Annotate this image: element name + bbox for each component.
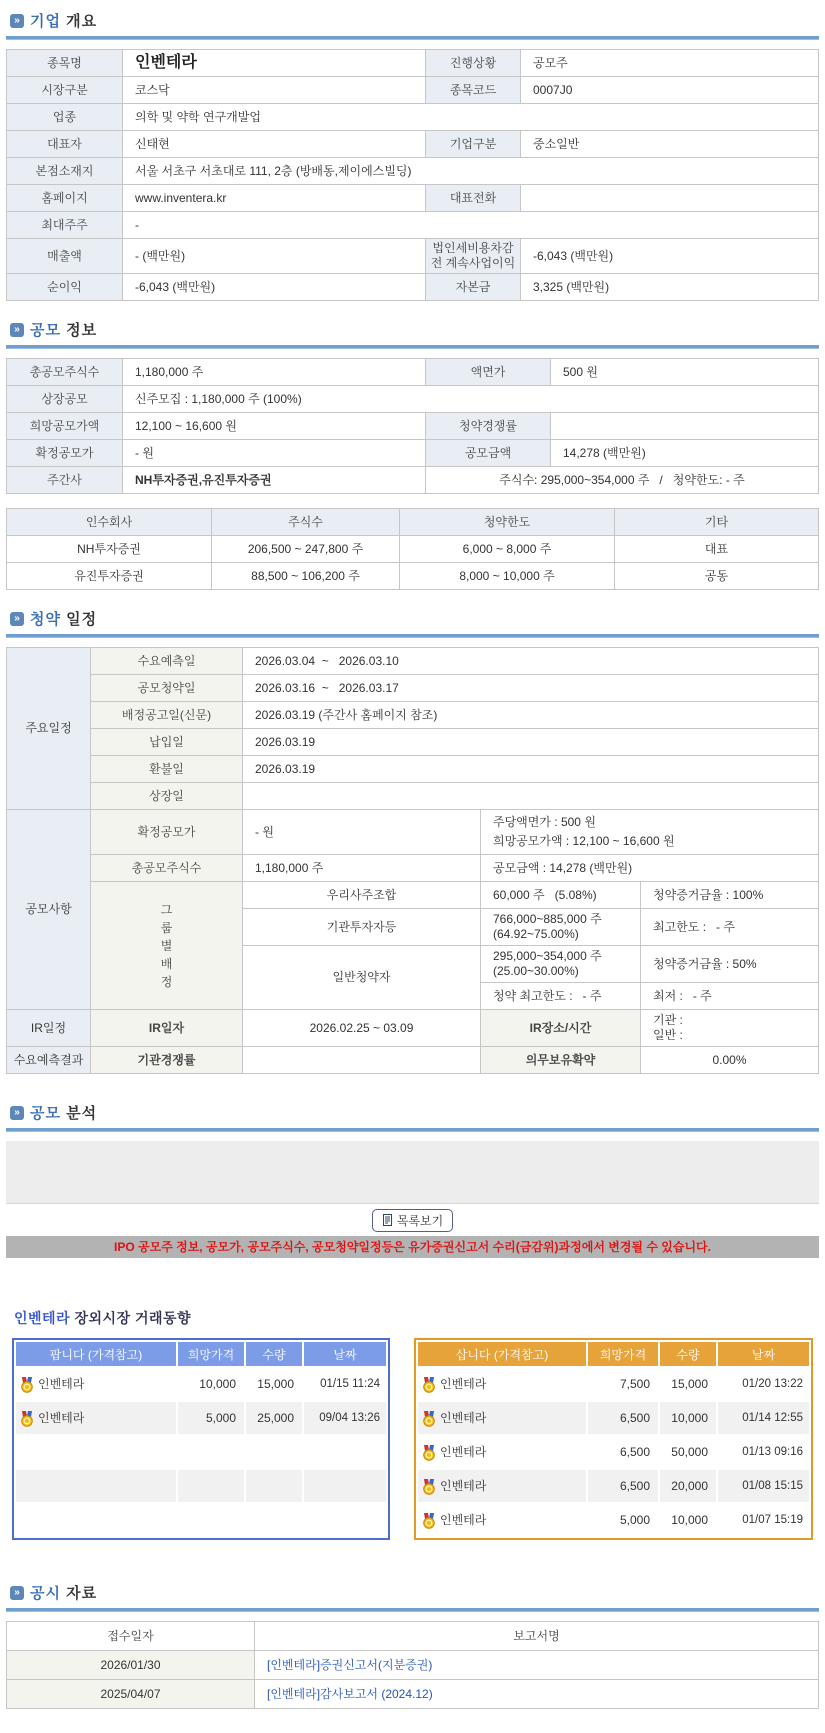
field-label: 기업구분 xyxy=(426,131,521,158)
table-row: 상장공모 신주모집 : 1,180,000 주 (100%) xyxy=(7,386,819,413)
price-cell: 6,500 xyxy=(588,1436,658,1468)
field-label: 시장구분 xyxy=(7,77,123,104)
table-row: 주요일정 수요예측일 2026.03.04 ~ 2026.03.10 xyxy=(7,648,819,675)
medal-icon xyxy=(422,1377,436,1393)
allocation-amount: 60,000 주 (5.08%) xyxy=(481,882,641,909)
stock-name: 인벤테라 xyxy=(440,1411,486,1425)
table-row: NH투자증권 206,500 ~ 247,800 주 6,000 ~ 8,000… xyxy=(7,536,819,563)
section-divider xyxy=(6,36,819,40)
column-header: 수량 xyxy=(246,1342,302,1366)
section-divider xyxy=(6,634,819,638)
spacer xyxy=(6,1540,819,1578)
amount-line2: (64.92~75.00%) xyxy=(493,927,634,942)
price-cell: 7,500 xyxy=(588,1368,658,1400)
underwriter-table: 인수회사 주식수 청약한도 기타 NH투자증권 206,500 ~ 247,80… xyxy=(6,508,819,590)
buy-orders-table: 삽니다 (가격참고) 희망가격 수량 날짜 인벤테라 7,500 15,000 … xyxy=(414,1338,813,1540)
ir-place-line2: 일반 : xyxy=(653,1028,812,1043)
stock-name: 인벤테라 xyxy=(440,1479,486,1493)
stock-name-cell: 인벤테라 xyxy=(16,1368,176,1400)
field-label: 희망공모가액 xyxy=(7,413,123,440)
allocation-category: 우리사주조합 xyxy=(243,882,481,909)
table-row: 2025/04/07 [인벤테라]감사보고서 (2024.12) xyxy=(7,1680,819,1709)
field-value: 서울 서초구 서초대로 111, 2층 (방배동,제이에스빌딩) xyxy=(123,158,819,185)
report-link[interactable]: [인벤테라]증권신고서(지분증권) xyxy=(255,1651,819,1680)
section-bullet-icon: » xyxy=(10,1586,24,1600)
date-cell: 01/20 13:22 xyxy=(718,1368,809,1400)
field-value: 2026.03.19 xyxy=(243,729,819,756)
ipo-change-notice: IPO 공모주 정보, 공모가, 공모주식수, 공모청약일정등은 유가증권신고서… xyxy=(6,1236,819,1258)
underwriter-name: 유진투자증권 xyxy=(7,563,212,590)
sell-order-row[interactable]: 인벤테라 10,000 15,000 01/15 11:24 xyxy=(16,1368,386,1400)
empty-cell xyxy=(304,1504,386,1536)
buy-order-row[interactable]: 인벤테라 6,500 10,000 01/14 12:55 xyxy=(418,1402,809,1434)
table-header-row: 삽니다 (가격참고) 희망가격 수량 날짜 xyxy=(418,1342,809,1366)
section-divider xyxy=(6,345,819,349)
quantity-cell: 15,000 xyxy=(660,1368,716,1400)
field-label: 종목명 xyxy=(7,50,123,77)
quantity-cell: 10,000 xyxy=(660,1402,716,1434)
field-value: - xyxy=(123,212,819,239)
table-row: 그룹별배정 우리사주조합 60,000 주 (5.08%) 청약증거금율 : 1… xyxy=(7,882,819,909)
section-divider xyxy=(6,1128,819,1132)
field-value: - 원 xyxy=(243,810,481,855)
field-label: 공모금액 xyxy=(426,440,551,467)
table-row: 본점소재지 서울 서초구 서초대로 111, 2층 (방배동,제이에스빌딩) xyxy=(7,158,819,185)
field-value: 2026.03.16 ~ 2026.03.17 xyxy=(243,675,819,702)
field-value: 신주모집 : 1,180,000 주 (100%) xyxy=(123,386,819,413)
column-header: 수량 xyxy=(660,1342,716,1366)
field-value: 1,180,000 주 xyxy=(243,855,481,882)
field-label: 업종 xyxy=(7,104,123,131)
schedule-group-label: 주요일정 xyxy=(7,648,91,810)
field-label: 대표전화 xyxy=(426,185,521,212)
allocation-group-label: 그룹별배정 xyxy=(91,882,243,1010)
ticker-code: 0007J0 xyxy=(521,77,819,104)
field-label: 확정공모가 xyxy=(91,810,243,855)
date-cell: 01/07 15:19 xyxy=(718,1504,809,1536)
empty-cell xyxy=(16,1436,176,1468)
price-cell: 5,000 xyxy=(178,1402,244,1434)
field-value: 2026.03.19 (주간사 홈페이지 참조) xyxy=(243,702,819,729)
buy-order-row[interactable]: 인벤테라 7,500 15,000 01/20 13:22 xyxy=(418,1368,809,1400)
field-value xyxy=(551,413,819,440)
table-row: 대표자 신태현 기업구분 중소일반 xyxy=(7,131,819,158)
table-row: 순이익 -6,043 (백만원) 자본금 3,325 (백만원) xyxy=(7,274,819,301)
allocation-amount: 295,000~354,000 주 (25.00~30.00%) xyxy=(481,946,641,983)
field-value: 코스닥 xyxy=(123,77,426,104)
sell-order-row[interactable]: 인벤테라 5,000 25,000 09/04 13:26 xyxy=(16,1402,386,1434)
report-link[interactable]: [인벤테라]감사보고서 (2024.12) xyxy=(255,1680,819,1709)
page: » 기업 개요 종목명 인벤테라 진행상황 공모주 시장구분 코스닥 종목코드 … xyxy=(0,0,825,1733)
stock-name-cell: 인벤테라 xyxy=(418,1402,586,1434)
ir-place-line1: 기관 : xyxy=(653,1013,812,1028)
quantity-cell: 15,000 xyxy=(246,1368,302,1400)
price-detail-cell: 주당액면가 : 500 원 희망공모가액 : 12,100 ~ 16,600 원 xyxy=(481,810,819,855)
field-label: 자본금 xyxy=(426,274,521,301)
field-label: 총공모주식수 xyxy=(7,359,123,386)
section-bullet-icon: » xyxy=(10,612,24,626)
allocation-amount: 청약 최고한도 : - 주 xyxy=(481,983,641,1010)
cell-value: 6,000 ~ 8,000 주 xyxy=(400,536,615,563)
buy-order-row[interactable]: 인벤테라 6,500 20,000 01/08 15:15 xyxy=(418,1470,809,1502)
offering-info-table: 총공모주식수 1,180,000 주 액면가 500 원 상장공모 신주모집 :… xyxy=(6,358,819,494)
stock-name-cell: 인벤테라 xyxy=(418,1504,586,1536)
section-header-analysis: » 공모 분석 xyxy=(10,1102,819,1123)
column-header: 청약한도 xyxy=(400,509,615,536)
amount-line1: 295,000~354,000 주 xyxy=(493,949,634,964)
stock-name-cell: 인벤테라 xyxy=(418,1470,586,1502)
field-value: 3,325 (백만원) xyxy=(521,274,819,301)
column-header: 희망가격 xyxy=(588,1342,658,1366)
quantity-cell: 50,000 xyxy=(660,1436,716,1468)
lockup-value: 0.00% xyxy=(641,1047,819,1074)
lead-extra: 주식수: 295,000~354,000 주 / 청약한도: - 주 xyxy=(426,467,819,494)
field-value: 공모금액 : 14,278 (백만원) xyxy=(481,855,819,882)
field-label: 공모청약일 xyxy=(91,675,243,702)
field-value: 중소일반 xyxy=(521,131,819,158)
field-label: 납입일 xyxy=(91,729,243,756)
cell-value: 8,000 ~ 10,000 주 xyxy=(400,563,615,590)
field-label: IR장소/시간 xyxy=(481,1010,641,1047)
field-label: 수요예측일 xyxy=(91,648,243,675)
field-label: 기관경쟁률 xyxy=(91,1047,243,1074)
ir-place-cell: 기관 : 일반 : xyxy=(641,1010,819,1047)
stock-name: 인벤테라 xyxy=(440,1377,486,1391)
empty-cell xyxy=(16,1504,176,1536)
field-label: 순이익 xyxy=(7,274,123,301)
column-header: 인수회사 xyxy=(7,509,212,536)
otc-title-company: 인벤테라 xyxy=(14,1310,70,1326)
section-title-em: 공모 xyxy=(30,1105,61,1122)
section-title-rest: 일정 xyxy=(66,611,97,628)
empty-row xyxy=(16,1470,386,1502)
section-bullet-icon: » xyxy=(10,323,24,337)
section-title-rest: 분석 xyxy=(66,1105,97,1122)
field-label: 의무보유확약 xyxy=(481,1047,641,1074)
price-cell: 6,500 xyxy=(588,1470,658,1502)
table-row: 업종 의학 및 약학 연구개발업 xyxy=(7,104,819,131)
field-label: 주간사 xyxy=(7,467,123,494)
cell-value: 88,500 ~ 106,200 주 xyxy=(212,563,400,590)
section-title-em: 기업 xyxy=(30,13,61,30)
table-row: 납입일 2026.03.19 xyxy=(7,729,819,756)
amount-line2: (25.00~30.00%) xyxy=(493,964,634,979)
table-row: 종목명 인벤테라 진행상황 공모주 xyxy=(7,50,819,77)
empty-cell xyxy=(178,1504,244,1536)
field-value: 14,278 (백만원) xyxy=(551,440,819,467)
table-row: 수요예측결과 기관경쟁률 의무보유확약 0.00% xyxy=(7,1047,819,1074)
field-label: 진행상황 xyxy=(426,50,521,77)
section-header-disclosure: » 공시 자료 xyxy=(10,1582,819,1603)
field-value: - (백만원) xyxy=(123,239,426,274)
column-header: 팝니다 (가격참고) xyxy=(16,1342,176,1366)
allocation-extra: 최고한도 : - 주 xyxy=(641,909,819,946)
section-title-offering: 공모 정보 xyxy=(30,319,97,340)
column-header: 기타 xyxy=(615,509,819,536)
vertical-label: 그룹별배정 xyxy=(160,901,174,991)
allocation-extra: 최저 : - 주 xyxy=(641,983,819,1010)
price-cell: 5,000 xyxy=(588,1504,658,1536)
section-title-em: 공시 xyxy=(30,1585,61,1602)
analysis-empty-box xyxy=(6,1141,819,1204)
medal-icon xyxy=(422,1445,436,1461)
field-label: 대표자 xyxy=(7,131,123,158)
field-label: 총공모주식수 xyxy=(91,855,243,882)
field-label: 종목코드 xyxy=(426,77,521,104)
table-header-row: 인수회사 주식수 청약한도 기타 xyxy=(7,509,819,536)
field-label: 확정공모가 xyxy=(7,440,123,467)
empty-row xyxy=(16,1436,386,1468)
section-header-offering: » 공모 정보 xyxy=(10,319,819,340)
filing-date: 2026/01/30 xyxy=(7,1651,255,1680)
table-row: 환불일 2026.03.19 xyxy=(7,756,819,783)
field-label: 최대주주 xyxy=(7,212,123,239)
column-header: 주식수 xyxy=(212,509,400,536)
table-row: IR일정 IR일자 2026.02.25 ~ 03.09 IR장소/시간 기관 … xyxy=(7,1010,819,1047)
allocation-extra: 청약증거금율 : 100% xyxy=(641,882,819,909)
field-value: 의학 및 약학 연구개발업 xyxy=(123,104,819,131)
list-view-button[interactable]: 목록보기 xyxy=(372,1209,453,1232)
date-cell: 01/08 15:15 xyxy=(718,1470,809,1502)
field-value xyxy=(243,1047,481,1074)
table-row: 상장일 xyxy=(7,783,819,810)
filing-date: 2025/04/07 xyxy=(7,1680,255,1709)
empty-cell xyxy=(304,1436,386,1468)
schedule-group-label: 수요예측결과 xyxy=(7,1047,91,1074)
table-row: 공모청약일 2026.03.16 ~ 2026.03.17 xyxy=(7,675,819,702)
medal-icon xyxy=(422,1479,436,1495)
schedule-group-label: 공모사항 xyxy=(7,810,91,1010)
allocation-category: 기관투자자등 xyxy=(243,909,481,946)
field-value: -6,043 (백만원) xyxy=(123,274,426,301)
field-label: 매출액 xyxy=(7,239,123,274)
stock-name: 인벤테라 xyxy=(38,1411,84,1425)
section-header-schedule: » 청약 일정 xyxy=(10,608,819,629)
field-label: 청약경쟁률 xyxy=(426,413,551,440)
table-header-row: 팝니다 (가격참고) 희망가격 수량 날짜 xyxy=(16,1342,386,1366)
allocation-extra: 청약증거금율 : 50% xyxy=(641,946,819,983)
section-title-rest: 정보 xyxy=(66,322,97,339)
field-label: 배정공고일(신문) xyxy=(91,702,243,729)
quantity-cell: 25,000 xyxy=(246,1402,302,1434)
section-title-rest: 개요 xyxy=(66,13,97,30)
field-value: 신태현 xyxy=(123,131,426,158)
table-row: 배정공고일(신문) 2026.03.19 (주간사 홈페이지 참조) xyxy=(7,702,819,729)
schedule-group-label: IR일정 xyxy=(7,1010,91,1047)
date-cell: 01/13 09:16 xyxy=(718,1436,809,1468)
section-title-disclosure: 공시 자료 xyxy=(30,1582,97,1603)
hope-price-line: 희망공모가액 : 12,100 ~ 16,600 원 xyxy=(493,832,812,851)
table-row: 희망공모가액 12,100 ~ 16,600 원 청약경쟁률 xyxy=(7,413,819,440)
table-row: 2026/01/30 [인벤테라]증권신고서(지분증권) xyxy=(7,1651,819,1680)
company-website: www.inventera.kr xyxy=(123,185,426,212)
schedule-table: 주요일정 수요예측일 2026.03.04 ~ 2026.03.10 공모청약일… xyxy=(6,647,819,1074)
medal-icon xyxy=(20,1411,34,1427)
allocation-amount: 766,000~885,000 주 (64.92~75.00%) xyxy=(481,909,641,946)
empty-cell xyxy=(304,1470,386,1502)
field-value: 12,100 ~ 16,600 원 xyxy=(123,413,426,440)
field-value: 1,180,000 주 xyxy=(123,359,426,386)
disclosure-table: 접수일자 보고서명 2026/01/30 [인벤테라]증권신고서(지분증권) 2… xyxy=(6,1621,819,1709)
table-row: 홈페이지 www.inventera.kr 대표전화 xyxy=(7,185,819,212)
field-value: 공모주 xyxy=(521,50,819,77)
company-info-table: 종목명 인벤테라 진행상황 공모주 시장구분 코스닥 종목코드 0007J0 업… xyxy=(6,49,819,301)
otc-title-rest: 장외시장 거래동향 xyxy=(75,1310,192,1326)
lead-underwriters: NH투자증권,유진투자증권 xyxy=(123,467,426,494)
field-label: 본점소재지 xyxy=(7,158,123,185)
field-label: 상장공모 xyxy=(7,386,123,413)
section-title-company: 기업 개요 xyxy=(30,10,97,31)
buy-order-row[interactable]: 인벤테라 6,500 50,000 01/13 09:16 xyxy=(418,1436,809,1468)
section-bullet-icon: » xyxy=(10,14,24,28)
underwriter-name: NH투자증권 xyxy=(7,536,212,563)
field-label: 액면가 xyxy=(426,359,551,386)
column-header: 삽니다 (가격참고) xyxy=(418,1342,586,1366)
allocation-category: 일반청약자 xyxy=(243,946,481,1010)
cell-value: 공동 xyxy=(615,563,819,590)
otc-section-title: 인벤테라 장외시장 거래동향 xyxy=(14,1308,819,1328)
section-bullet-icon: » xyxy=(10,1106,24,1120)
price-cell: 6,500 xyxy=(588,1402,658,1434)
column-header: 보고서명 xyxy=(255,1622,819,1651)
medal-icon xyxy=(422,1411,436,1427)
price-cell: 10,000 xyxy=(178,1368,244,1400)
empty-cell xyxy=(246,1436,302,1468)
stock-name-cell: 인벤테라 xyxy=(16,1402,176,1434)
date-cell: 01/15 11:24 xyxy=(304,1368,386,1400)
column-header: 접수일자 xyxy=(7,1622,255,1651)
field-value xyxy=(243,783,819,810)
table-row: 확정공모가 - 원 공모금액 14,278 (백만원) xyxy=(7,440,819,467)
field-label: 법인세비용차감전 계속사업이익 xyxy=(426,239,521,274)
ir-date: 2026.02.25 ~ 03.09 xyxy=(243,1010,481,1047)
stock-name: 인벤테라 xyxy=(38,1377,84,1391)
button-row: 목록보기 xyxy=(6,1204,819,1236)
stock-name: 인벤테라 xyxy=(440,1445,486,1459)
section-title-em: 공모 xyxy=(30,322,61,339)
empty-cell xyxy=(178,1436,244,1468)
field-value: 500 원 xyxy=(551,359,819,386)
section-title-rest: 자료 xyxy=(66,1585,97,1602)
field-value: 2026.03.04 ~ 2026.03.10 xyxy=(243,648,819,675)
table-row: 유진투자증권 88,500 ~ 106,200 주 8,000 ~ 10,000… xyxy=(7,563,819,590)
table-row: 총공모주식수 1,180,000 주 공모금액 : 14,278 (백만원) xyxy=(7,855,819,882)
table-header-row: 접수일자 보고서명 xyxy=(7,1622,819,1651)
stock-name-cell: 인벤테라 xyxy=(418,1436,586,1468)
stock-name-cell: 인벤테라 xyxy=(418,1368,586,1400)
table-row: 최대주주 - xyxy=(7,212,819,239)
par-value-line: 주당액면가 : 500 원 xyxy=(493,813,812,832)
cell-value: 206,500 ~ 247,800 주 xyxy=(212,536,400,563)
field-label: IR일자 xyxy=(91,1010,243,1047)
section-header-company: » 기업 개요 xyxy=(10,10,819,31)
empty-cell xyxy=(178,1470,244,1502)
field-value: 2026.03.19 xyxy=(243,756,819,783)
empty-row xyxy=(16,1504,386,1536)
field-label: 홈페이지 xyxy=(7,185,123,212)
stock-name: 인벤테라 xyxy=(440,1513,486,1527)
field-label: 환불일 xyxy=(91,756,243,783)
field-value xyxy=(521,185,819,212)
field-label: 상장일 xyxy=(91,783,243,810)
table-row: 매출액 - (백만원) 법인세비용차감전 계속사업이익 -6,043 (백만원) xyxy=(7,239,819,274)
table-row: 주간사 NH투자증권,유진투자증권 주식수: 295,000~354,000 주… xyxy=(7,467,819,494)
field-value: - 원 xyxy=(123,440,426,467)
company-name: 인벤테라 xyxy=(123,50,426,77)
table-row: 시장구분 코스닥 종목코드 0007J0 xyxy=(7,77,819,104)
date-cell: 09/04 13:26 xyxy=(304,1402,386,1434)
medal-icon xyxy=(20,1377,34,1393)
list-view-button-label: 목록보기 xyxy=(397,1212,443,1229)
quantity-cell: 20,000 xyxy=(660,1470,716,1502)
empty-cell xyxy=(246,1504,302,1536)
table-row: 총공모주식수 1,180,000 주 액면가 500 원 xyxy=(7,359,819,386)
field-value: -6,043 (백만원) xyxy=(521,239,819,274)
column-header: 희망가격 xyxy=(178,1342,244,1366)
empty-cell xyxy=(16,1470,176,1502)
cell-value: 대표 xyxy=(615,536,819,563)
amount-line1: 766,000~885,000 주 xyxy=(493,912,634,927)
section-title-em: 청약 xyxy=(30,611,61,628)
buy-order-row[interactable]: 인벤테라 5,000 10,000 01/07 15:19 xyxy=(418,1504,809,1536)
section-title-analysis: 공모 분석 xyxy=(30,1102,97,1123)
section-divider xyxy=(6,1608,819,1612)
date-cell: 01/14 12:55 xyxy=(718,1402,809,1434)
table-row: 공모사항 확정공모가 - 원 주당액면가 : 500 원 희망공모가액 : 12… xyxy=(7,810,819,855)
empty-cell xyxy=(246,1470,302,1502)
otc-tables: 팝니다 (가격참고) 희망가격 수량 날짜 인벤테라 10,000 15,000… xyxy=(6,1338,819,1540)
column-header: 날짜 xyxy=(718,1342,809,1366)
sell-orders-table: 팝니다 (가격참고) 희망가격 수량 날짜 인벤테라 10,000 15,000… xyxy=(12,1338,390,1540)
column-header: 날짜 xyxy=(304,1342,386,1366)
section-title-schedule: 청약 일정 xyxy=(30,608,97,629)
medal-icon xyxy=(422,1513,436,1529)
document-list-icon xyxy=(382,1214,393,1226)
quantity-cell: 10,000 xyxy=(660,1504,716,1536)
